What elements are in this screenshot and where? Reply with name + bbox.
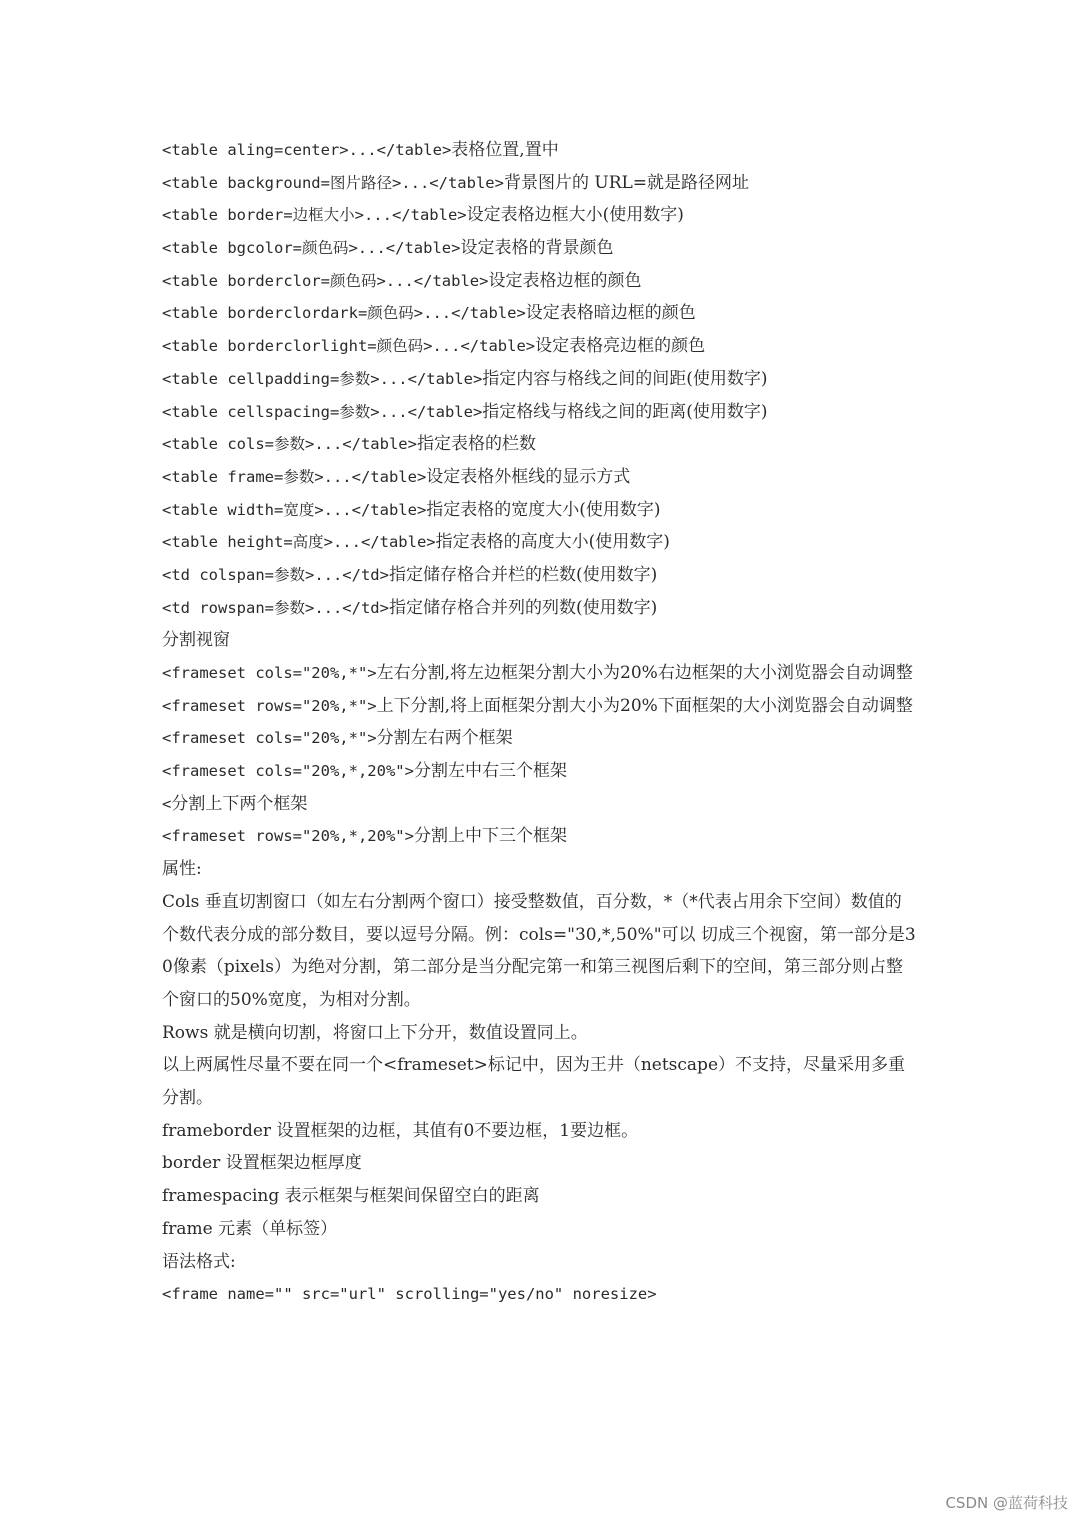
description: 分割上下两个框架: [171, 794, 307, 814]
rows-paragraph: Rows 就是横向切割，将窗口上下分开，数值设置同上。: [162, 1017, 918, 1050]
frameset-line: <frameset cols="20%,*,20%">分割左中右三个框架: [162, 755, 922, 788]
code-snippet: <frameset rows="20%,*,20%">: [162, 827, 414, 845]
code-snippet: <table frame=参数>...</table>: [162, 468, 426, 486]
note-paragraph: 以上两属性尽量不要在同一个<frameset>标记中，因为王井（netscape…: [162, 1049, 918, 1114]
description: 设定表格暗边框的颜色: [526, 303, 696, 323]
code-snippet: <table borderclordark=颜色码>...</table>: [162, 304, 526, 322]
code-snippet: <table bgcolor=颜色码>...</table>: [162, 239, 460, 257]
table-attr-line: <table width=宽度>...</table>指定表格的宽度大小(使用数…: [162, 494, 922, 527]
description: 上下分割,将上面框架分割大小为20%下面框架的大小浏览器会自动调整: [377, 696, 913, 716]
code-snippet: <td rowspan=参数>...</td>: [162, 599, 389, 617]
code-snippet: <table aling=center>...</table>: [162, 141, 451, 159]
td-attr-line: <td rowspan=参数>...</td>指定储存格合并列的列数(使用数字): [162, 592, 922, 625]
description: 表格位置,置中: [451, 140, 558, 160]
description: 指定储存格合并列的列数(使用数字): [389, 598, 657, 618]
frameset-line: <frameset rows="20%,*,20%">分割上中下三个框架: [162, 820, 922, 853]
description: 指定表格的宽度大小(使用数字): [426, 500, 660, 520]
document-page: <table aling=center>...</table>表格位置,置中 <…: [162, 134, 922, 1311]
table-attr-line: <table borderclorlight=颜色码>...</table>设定…: [162, 330, 922, 363]
cols-paragraph: Cols 垂直切割窗口（如左右分割两个窗口）接受整数值，百分数，*（*代表占用余…: [162, 886, 918, 1017]
table-attr-line: <table border=边框大小>...</table>设定表格边框大小(使…: [162, 199, 922, 232]
table-attr-line: <table cols=参数>...</table>指定表格的栏数: [162, 428, 922, 461]
code-snippet: <frameset rows="20%,*">: [162, 697, 377, 715]
description: 分割左中右三个框架: [414, 761, 567, 781]
section-title: 分割视窗: [162, 624, 922, 657]
code-snippet: <table border=边框大小>...</table>: [162, 206, 467, 224]
code-snippet: <td colspan=参数>...</td>: [162, 566, 389, 584]
code-snippet: <frameset cols="20%,*">: [162, 729, 377, 747]
description: 指定内容与格线之间的间距(使用数字): [482, 369, 767, 389]
table-attr-line: <table bgcolor=颜色码>...</table>设定表格的背景颜色: [162, 232, 922, 265]
border-line: border 设置框架边框厚度: [162, 1147, 922, 1180]
code-snippet: <: [162, 795, 171, 813]
code-snippet: <table background=图片路径>...</table>: [162, 174, 504, 192]
frameset-line: <frameset cols="20%,*">分割左右两个框架: [162, 722, 922, 755]
description: 设定表格外框线的显示方式: [426, 467, 630, 487]
framespacing-line: framespacing 表示框架与框架间保留空白的距离: [162, 1180, 922, 1213]
frameset-line: <分割上下两个框架: [162, 788, 922, 821]
description: 设定表格边框大小(使用数字): [467, 205, 684, 225]
syntax-code: <frame name="" src="url" scrolling="yes/…: [162, 1278, 922, 1311]
description: 设定表格亮边框的颜色: [535, 336, 705, 356]
code-snippet: <table width=宽度>...</table>: [162, 501, 426, 519]
table-attr-line: <table cellpadding=参数>...</table>指定内容与格线…: [162, 363, 922, 396]
td-attr-line: <td colspan=参数>...</td>指定储存格合并栏的栏数(使用数字): [162, 559, 922, 592]
frameborder-line: frameborder 设置框架的边框，其值有0不要边框，1要边框。: [162, 1115, 922, 1148]
description: 指定格线与格线之间的距离(使用数字): [482, 402, 767, 422]
table-attr-line: <table cellspacing=参数>...</table>指定格线与格线…: [162, 396, 922, 429]
code-snippet: <table height=高度>...</table>: [162, 533, 436, 551]
description: 指定表格的栏数: [417, 434, 536, 454]
attributes-title: 属性:: [162, 853, 922, 886]
code-snippet: <table cellpadding=参数>...</table>: [162, 370, 482, 388]
code-snippet: <table borderclor=颜色码>...</table>: [162, 272, 488, 290]
table-attr-line: <table frame=参数>...</table>设定表格外框线的显示方式: [162, 461, 922, 494]
description: 设定表格的背景颜色: [460, 238, 613, 258]
table-attr-line: <table background=图片路径>...</table>背景图片的 …: [162, 167, 922, 200]
description: 设定表格边框的颜色: [488, 271, 641, 291]
description: 背景图片的 URL=就是路径网址: [504, 173, 749, 193]
table-attr-line: <table aling=center>...</table>表格位置,置中: [162, 134, 922, 167]
table-attr-line: <table height=高度>...</table>指定表格的高度大小(使用…: [162, 526, 922, 559]
code-snippet: <table cellspacing=参数>...</table>: [162, 403, 482, 421]
description: 左右分割,将左边框架分割大小为20%右边框架的大小浏览器会自动调整: [377, 663, 913, 683]
csdn-watermark: CSDN @蓝荷科技: [945, 1492, 1068, 1513]
syntax-title: 语法格式:: [162, 1246, 922, 1279]
description: 指定储存格合并栏的栏数(使用数字): [389, 565, 657, 585]
frameset-paragraph: <frameset rows="20%,*">上下分割,将上面框架分割大小为20…: [162, 690, 918, 723]
frameset-paragraph: <frameset cols="20%,*">左右分割,将左边框架分割大小为20…: [162, 657, 918, 690]
frame-element-line: frame 元素（单标签）: [162, 1213, 922, 1246]
code-snippet: <table borderclorlight=颜色码>...</table>: [162, 337, 535, 355]
code-snippet: <table cols=参数>...</table>: [162, 435, 417, 453]
table-attr-line: <table borderclor=颜色码>...</table>设定表格边框的…: [162, 265, 922, 298]
code-snippet: <frameset cols="20%,*,20%">: [162, 762, 414, 780]
description: 指定表格的高度大小(使用数字): [436, 532, 670, 552]
code-snippet: <frameset cols="20%,*">: [162, 664, 377, 682]
description: 分割左右两个框架: [377, 728, 513, 748]
table-attr-line: <table borderclordark=颜色码>...</table>设定表…: [162, 297, 922, 330]
description: 分割上中下三个框架: [414, 826, 567, 846]
